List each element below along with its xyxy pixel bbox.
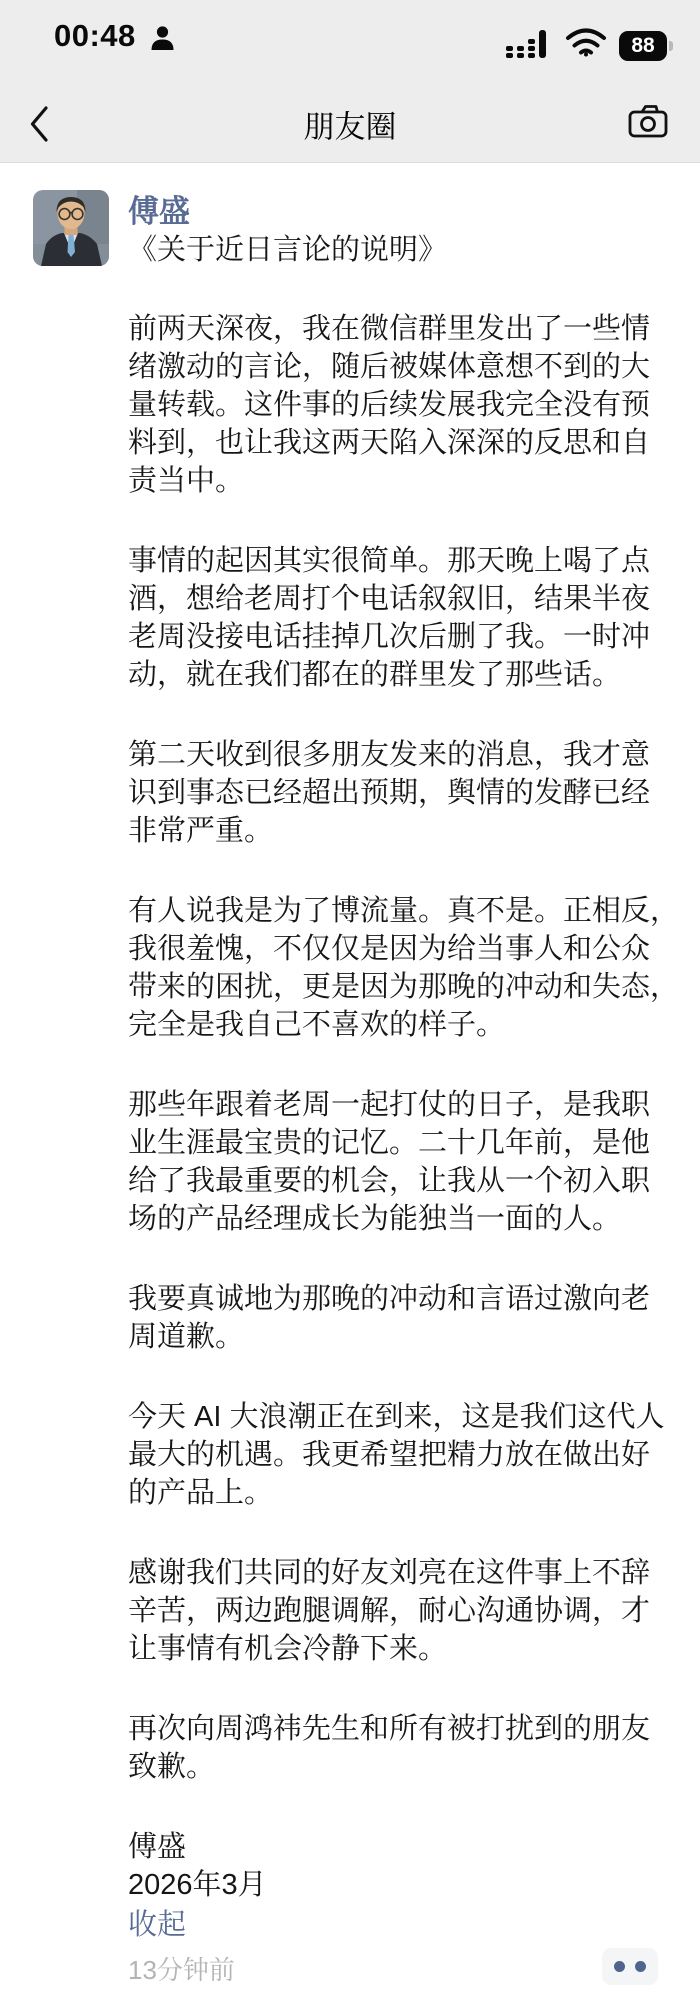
wifi-icon (565, 28, 607, 63)
paragraph: 第二天收到很多朋友发来的消息，我才意 识到事态已经超出预期，舆情的发酵已经 非常… (128, 736, 686, 850)
paragraph: 有人说我是为了博流量。真不是。正相反， 我很羞愧，不仅仅是因为给当事人和公众 带… (128, 892, 686, 1044)
paragraph: 今天 AI 大浪潮正在到来，这是我们这代人 最大的机遇。我更希望把精力放在做出好… (128, 1398, 686, 1512)
author-name[interactable]: 傅盛 (128, 186, 190, 231)
collapse-link[interactable]: 收起 (128, 1906, 186, 1944)
wechat-moments-screen: 00:48 (0, 0, 700, 2007)
battery-icon: 88 (619, 31, 667, 61)
cellular-signal-icon (506, 29, 553, 63)
paragraph: 那些年跟着老周一起打仗的日子，是我职 业生涯最宝贵的记忆。二十几年前，是他 给了… (128, 1086, 686, 1238)
person-icon (149, 24, 176, 57)
battery-nub (669, 41, 673, 51)
comment-menu-button[interactable] (602, 1948, 658, 1985)
two-dots-icon (635, 1961, 646, 1972)
paragraph: 再次向周鸿祎先生和所有被打扰到的朋友 致歉。 (128, 1710, 686, 1786)
page-title: 朋友圈 (0, 102, 700, 147)
paragraph: 我要真诚地为那晚的冲动和言语过激向老 周道歉。 (128, 1280, 686, 1356)
post-timestamp: 13分钟前 (128, 1950, 235, 1987)
nav-bar: 朋友圈 (0, 85, 700, 163)
signature: 傅盛 2026年3月 (128, 1828, 686, 1904)
camera-button[interactable] (628, 103, 668, 144)
two-dots-icon (614, 1961, 625, 1972)
status-time: 00:48 (54, 18, 136, 54)
status-right-cluster: 88 (506, 28, 667, 63)
paragraph: 感谢我们共同的好友刘亮在这件事上不辞 辛苦，两边跑腿调解，耐心沟通协调，才 让事… (128, 1554, 686, 1668)
post-body: 前两天深夜，我在微信群里发出了一些情 绪激动的言论，随后被媒体意想不到的大 量转… (128, 310, 686, 1904)
post-title: 《关于近日言论的说明》 (128, 231, 447, 269)
paragraph: 前两天深夜，我在微信群里发出了一些情 绪激动的言论，随后被媒体意想不到的大 量转… (128, 310, 686, 500)
header: 00:48 (0, 0, 700, 163)
avatar[interactable] (33, 190, 109, 266)
paragraph: 事情的起因其实很简单。那天晚上喝了点 酒，想给老周打个电话叙叙旧，结果半夜 老周… (128, 542, 686, 694)
battery-percent: 88 (631, 34, 654, 58)
